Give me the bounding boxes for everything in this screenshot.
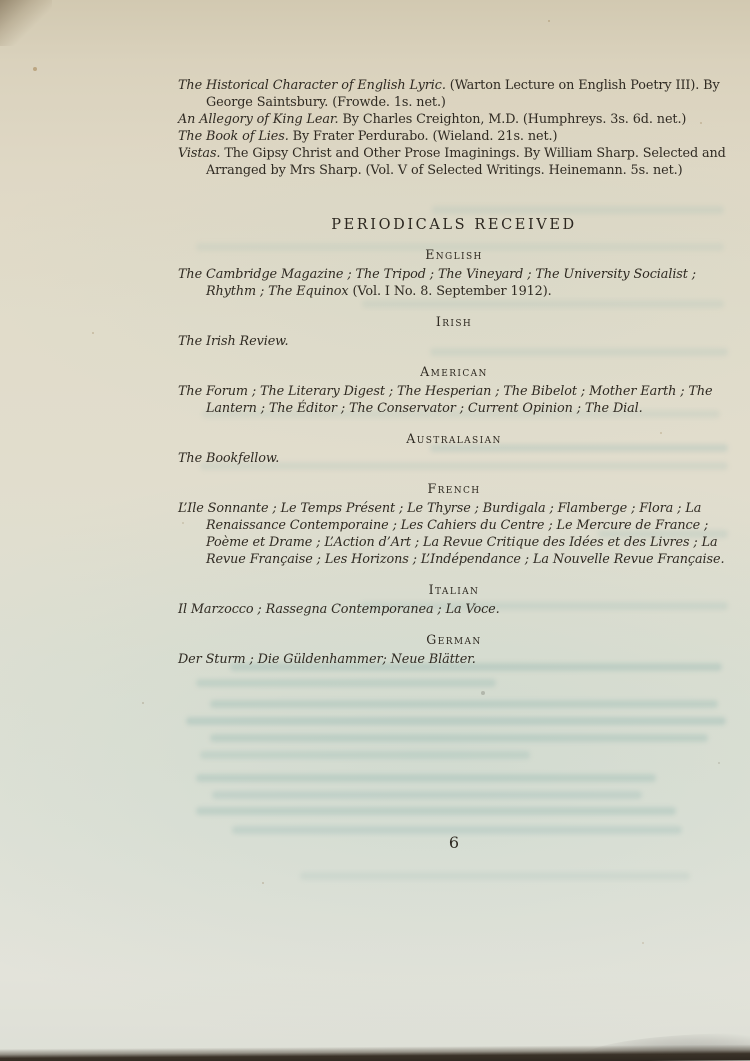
section-heading-italian: Italian bbox=[178, 583, 730, 597]
section-italian: Italian Il Marzocco ; Rassegna Contempor… bbox=[178, 583, 730, 618]
periodical-titles: L’Ile Sonnante ; Le Temps Présent ; Le T… bbox=[178, 501, 724, 567]
scan-edge-shadow bbox=[580, 1033, 750, 1059]
book-entry: An Allegory of King Lear. By Charles Cre… bbox=[178, 111, 730, 128]
book-title: The Historical Character of English Lyri… bbox=[178, 78, 446, 93]
periodical-list-american: The Forum ; The Literary Digest ; The He… bbox=[178, 383, 730, 417]
section-heading-american: American bbox=[178, 365, 730, 379]
section-heading-french: French bbox=[178, 482, 730, 496]
book-title: Vistas. bbox=[178, 146, 220, 161]
section-australasian: Australasian The Bookfellow. bbox=[178, 432, 730, 467]
book-title: An Allegory of King Lear. bbox=[178, 112, 339, 127]
periodical-titles: Der Sturm ; Die Güldenhammer; Neue Blätt… bbox=[178, 652, 476, 667]
book-details: By Frater Perdurabo. (Wieland. 21s. net.… bbox=[289, 129, 558, 144]
book-details: By Charles Creighton, M.D. (Humphreys. 3… bbox=[339, 112, 687, 127]
periodical-list-english: The Cambridge Magazine ; The Tripod ; Th… bbox=[178, 266, 730, 300]
periodical-list-german: Der Sturm ; Die Güldenhammer; Neue Blätt… bbox=[178, 651, 730, 668]
periodical-list-irish: The Irish Review. bbox=[178, 333, 730, 350]
periodicals-received-heading: PERIODICALS RECEIVED bbox=[178, 217, 730, 233]
book-review-list: The Historical Character of English Lyri… bbox=[178, 77, 730, 179]
book-title: The Book of Lies. bbox=[178, 129, 289, 144]
page-number: 6 bbox=[178, 833, 730, 852]
section-irish: Irish The Irish Review. bbox=[178, 315, 730, 350]
section-german: German Der Sturm ; Die Güldenhammer; Neu… bbox=[178, 633, 730, 668]
paper-specks bbox=[0, 0, 2, 2]
book-entry: The Historical Character of English Lyri… bbox=[178, 77, 730, 111]
section-heading-german: German bbox=[178, 633, 730, 647]
scanned-book-page: The Historical Character of English Lyri… bbox=[0, 0, 750, 1061]
periodical-titles: The Irish Review. bbox=[178, 334, 288, 349]
section-heading-irish: Irish bbox=[178, 315, 730, 329]
section-heading-english: English bbox=[178, 248, 730, 262]
page-corner-shadow bbox=[0, 0, 52, 46]
periodical-titles: The Forum ; The Literary Digest ; The He… bbox=[178, 384, 713, 416]
book-entry: The Book of Lies. By Frater Perdurabo. (… bbox=[178, 128, 730, 145]
periodical-titles: The Bookfellow. bbox=[178, 451, 279, 466]
periodical-list-french: L’Ile Sonnante ; Le Temps Présent ; Le T… bbox=[178, 500, 730, 568]
section-heading-australasian: Australasian bbox=[178, 432, 730, 446]
page-text-block: The Historical Character of English Lyri… bbox=[178, 77, 730, 668]
periodical-list-australasian: The Bookfellow. bbox=[178, 450, 730, 467]
section-american: American The Forum ; The Literary Digest… bbox=[178, 365, 730, 417]
section-french: French L’Ile Sonnante ; Le Temps Présent… bbox=[178, 482, 730, 568]
book-entry: Vistas. The Gipsy Christ and Other Prose… bbox=[178, 145, 730, 179]
page-bottom-edge bbox=[0, 1044, 750, 1061]
periodical-list-italian: Il Marzocco ; Rassegna Contemporanea ; L… bbox=[178, 601, 730, 618]
periodical-note: (Vol. I No. 8. September 1912). bbox=[353, 284, 552, 299]
periodical-titles: Il Marzocco ; Rassegna Contemporanea ; L… bbox=[178, 602, 500, 617]
book-details: The Gipsy Christ and Other Prose Imagini… bbox=[206, 146, 726, 178]
section-english: English The Cambridge Magazine ; The Tri… bbox=[178, 248, 730, 300]
